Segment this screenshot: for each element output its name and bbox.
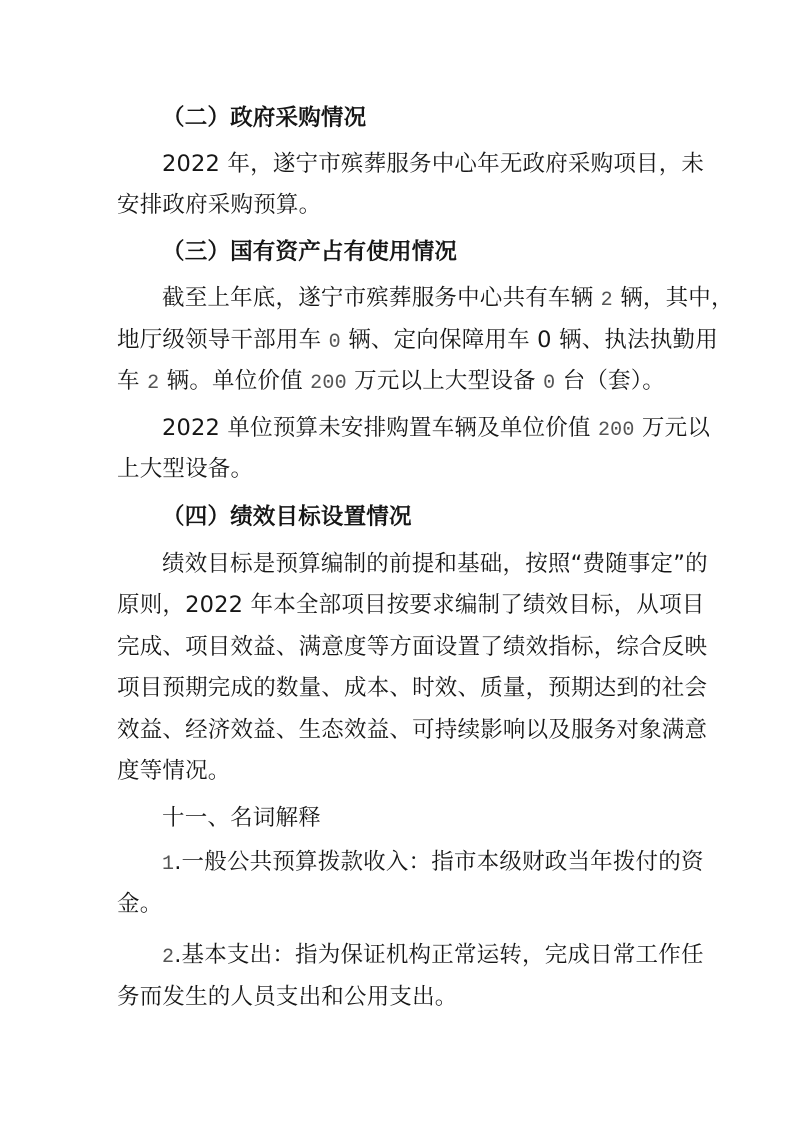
- paragraph-line: 2022 年，遂宁市殡葬服务中心年无政府采购项目，未: [162, 149, 704, 179]
- item-number: 2: [162, 946, 174, 969]
- section-heading-procurement: （二）政府采购情况: [162, 103, 366, 133]
- paragraph-line: 绩效目标是预算编制的前提和基础，按照“费随事定”的: [162, 549, 708, 579]
- item-number: 1: [162, 853, 174, 876]
- paragraph-line: 安排政府采购预算。: [117, 190, 321, 220]
- text: 2022 单位预算未安排购置车辆及单位价值: [162, 415, 598, 441]
- paragraph-line: 截至上年底，遂宁市殡葬服务中心共有车辆 2 辆，其中，: [162, 283, 734, 316]
- paragraph-line: 原则，2022 年本全部项目按要求编制了绩效目标，从项目: [117, 590, 705, 620]
- text: 辆。单位价值: [159, 368, 310, 394]
- paragraph-line: 务而发生的人员支出和公用支出。: [117, 982, 458, 1012]
- text: 万元以: [635, 415, 710, 441]
- paragraph-line: 车 2 辆。单位价值 200 万元以上大型设备 0 台（套）。: [117, 366, 665, 399]
- value-threshold: 200: [310, 372, 347, 395]
- paragraph-line: 金。: [117, 889, 162, 919]
- glossary-item-1: 1.一般公共预算拨款收入：指市本级财政当年拨付的资: [162, 847, 704, 880]
- paragraph-line: 项目预期完成的数量、成本、时效、质量，预期达到的社会: [117, 673, 707, 703]
- text: 地厅级领导干部用车: [117, 327, 329, 353]
- value-threshold: 200: [598, 419, 635, 442]
- paragraph-line: 2022 单位预算未安排购置车辆及单位价值 200 万元以: [162, 413, 710, 446]
- paragraph-line: 上大型设备。: [117, 454, 253, 484]
- paragraph-line: 地厅级领导干部用车 0 辆、定向保障用车 0 辆、执法执勤用: [117, 325, 718, 358]
- section-heading-glossary: 十一、名词解释: [162, 803, 321, 833]
- vehicle-count: 2: [601, 289, 613, 312]
- text: .基本支出：指为保证机构正常运转，完成日常工作任: [174, 942, 703, 968]
- leader-vehicle-count: 0: [329, 331, 341, 354]
- section-heading-performance-goals: （四）绩效目标设置情况: [162, 502, 412, 532]
- text: 万元以上大型设备: [347, 368, 543, 394]
- glossary-item-2: 2.基本支出：指为保证机构正常运转，完成日常工作任: [162, 940, 704, 973]
- section-heading-state-assets: （三）国有资产占有使用情况: [162, 237, 457, 267]
- paragraph-line: 度等情况。: [117, 756, 231, 786]
- text: 车: [117, 368, 147, 394]
- enforcement-vehicle-count: 2: [147, 372, 159, 395]
- text: 截至上年底，遂宁市殡葬服务中心共有车辆: [162, 285, 601, 311]
- paragraph-line: 完成、项目效益、满意度等方面设置了绩效指标，综合反映: [117, 632, 707, 662]
- paragraph-line: 效益、经济效益、生态效益、可持续影响以及服务对象满意: [117, 715, 707, 745]
- document-page: （二）政府采购情况 2022 年，遂宁市殡葬服务中心年无政府采购项目，未 安排政…: [0, 0, 794, 1122]
- text: 台（套）。: [555, 368, 665, 394]
- text: 辆，其中，: [613, 285, 734, 311]
- equipment-count: 0: [543, 372, 555, 395]
- text: 辆、定向保障用车 0 辆、执法执勤用: [341, 327, 718, 353]
- text: .一般公共预算拨款收入：指市本级财政当年拨付的资: [174, 849, 703, 875]
